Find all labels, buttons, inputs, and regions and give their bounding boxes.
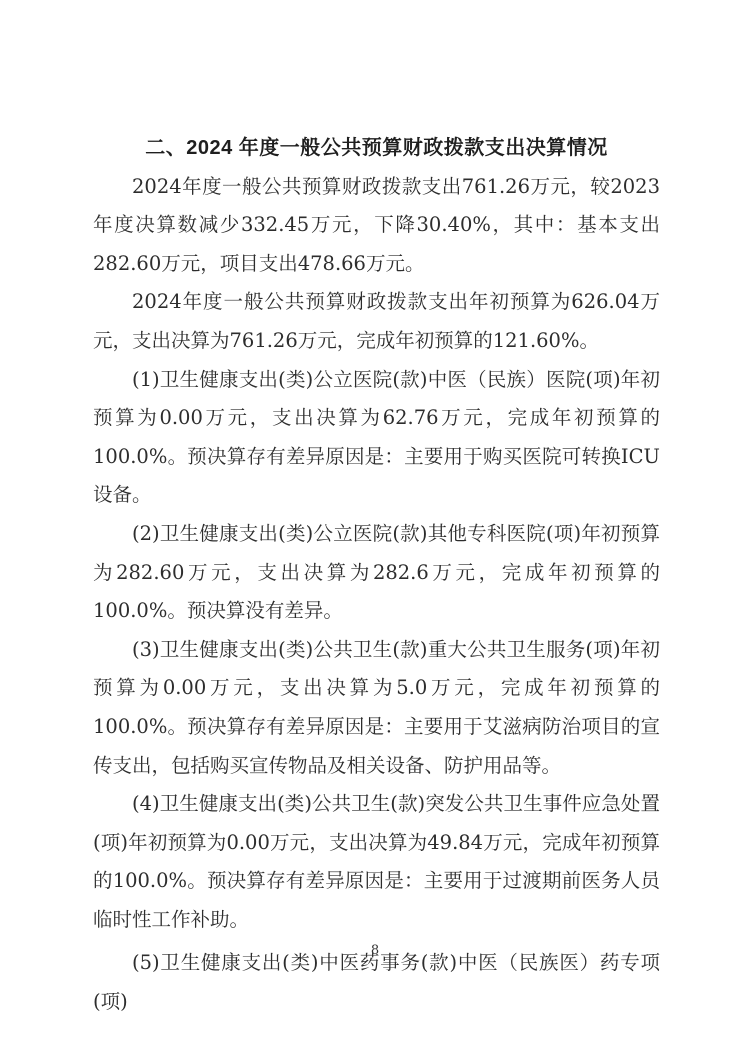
paragraph-overview: 2024年度一般公共预算财政拨款支出761.26万元，较2023年度决算数减少3… (93, 168, 660, 284)
paragraph-budget-summary: 2024年度一般公共预算财政拨款支出年初预算为626.04万元，支出决算为761… (93, 283, 660, 360)
paragraph-item-3: (3)卫生健康支出(类)公共卫生(款)重大公共卫生服务(项)年初预算为0.00万… (93, 631, 660, 785)
section-heading: 二、2024 年度一般公共预算财政拨款支出决算情况 (93, 129, 660, 168)
document-page: 二、2024 年度一般公共预算财政拨款支出决算情况 2024年度一般公共预算财政… (0, 0, 750, 1060)
paragraph-item-2: (2)卫生健康支出(类)公立医院(款)其他专科医院(项)年初预算为282.60万… (93, 515, 660, 631)
page-number: 8 (0, 942, 750, 960)
paragraph-item-1: (1)卫生健康支出(类)公立医院(款)中医（民族）医院(项)年初预算为0.00万… (93, 361, 660, 515)
paragraph-item-4: (4)卫生健康支出(类)公共卫生(款)突发公共卫生事件应急处置(项)年初预算为0… (93, 785, 660, 939)
document-body: 二、2024 年度一般公共预算财政拨款支出决算情况 2024年度一般公共预算财政… (93, 129, 660, 1022)
